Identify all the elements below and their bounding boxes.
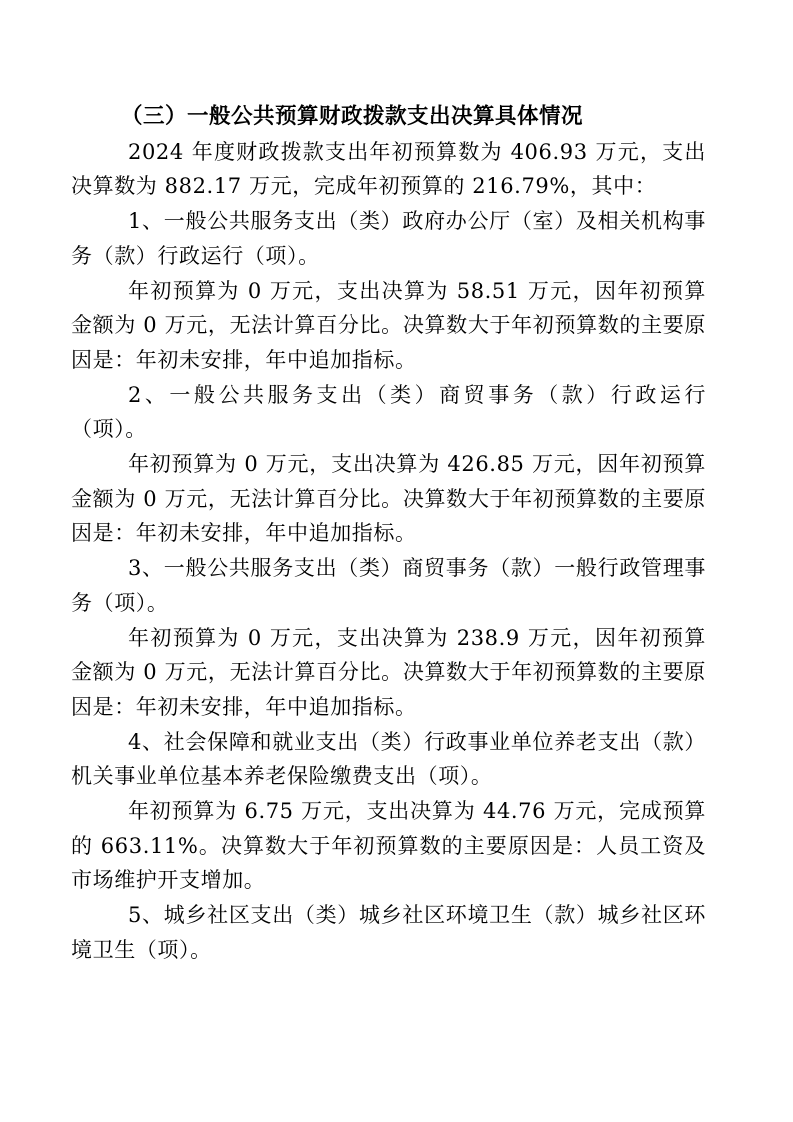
paragraph-item-3-detail: 年初预算为 0 万元，支出决算为 238.9 万元，因年初预算金额为 0 万元，… <box>71 621 706 725</box>
document-page: （三）一般公共预算财政拨款支出决算具体情况 2024 年度财政拨款支出年初预算数… <box>0 0 793 1122</box>
paragraph-item-4-detail: 年初预算为 6.75 万元，支出决算为 44.76 万元，完成预算的 663.1… <box>71 794 706 898</box>
paragraph-item-3-title: 3、一般公共服务支出（类）商贸事务（款）一般行政管理事务（项）。 <box>71 551 706 620</box>
document-content: （三）一般公共预算财政拨款支出决算具体情况 2024 年度财政拨款支出年初预算数… <box>71 100 706 968</box>
paragraph-item-4-title: 4、社会保障和就业支出（类）行政事业单位养老支出（款）机关事业单位基本养老保险缴… <box>71 725 706 794</box>
paragraph-item-2-title: 2、一般公共服务支出（类）商贸事务（款）行政运行（项）。 <box>71 378 706 447</box>
section-heading: （三）一般公共预算财政拨款支出决算具体情况 <box>71 100 706 135</box>
paragraph-item-1-detail: 年初预算为 0 万元，支出决算为 58.51 万元，因年初预算金额为 0 万元，… <box>71 274 706 378</box>
paragraph-item-2-detail: 年初预算为 0 万元，支出决算为 426.85 万元，因年初预算金额为 0 万元… <box>71 447 706 551</box>
paragraph-summary: 2024 年度财政拨款支出年初预算数为 406.93 万元，支出决算数为 882… <box>71 135 706 204</box>
paragraph-item-1-title: 1、一般公共服务支出（类）政府办公厅（室）及相关机构事务（款）行政运行（项）。 <box>71 204 706 273</box>
paragraph-item-5-title: 5、城乡社区支出（类）城乡社区环境卫生（款）城乡社区环境卫生（项）。 <box>71 898 706 967</box>
